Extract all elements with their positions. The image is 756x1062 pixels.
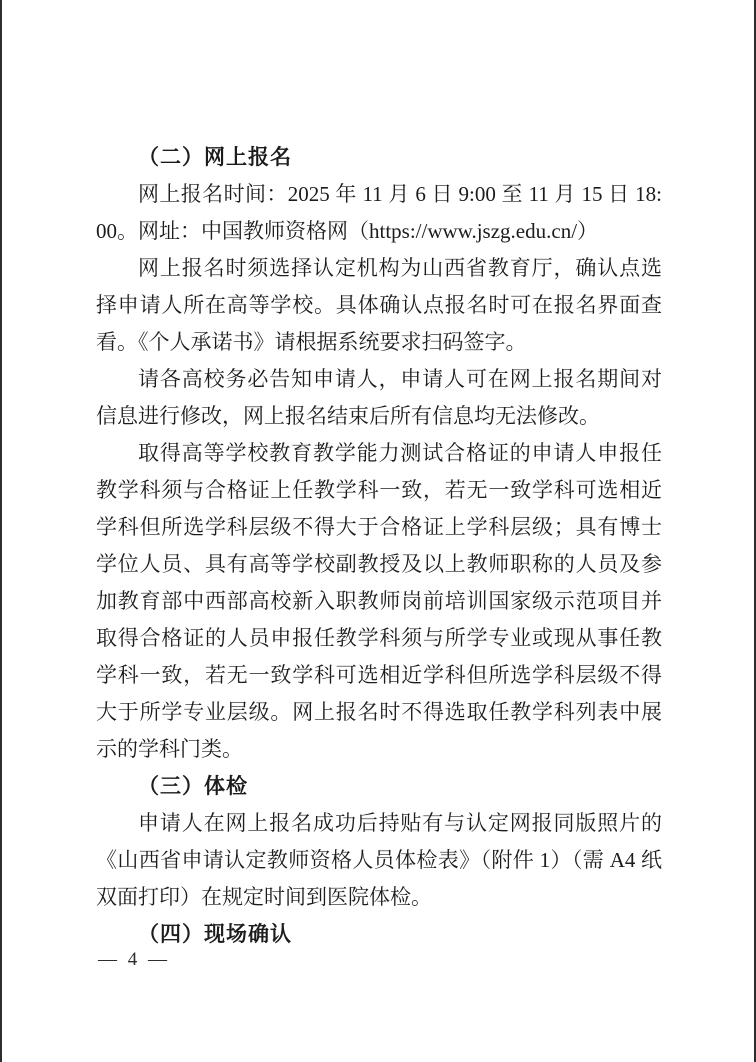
- paragraph-subject-selection-rules: 取得高等学校教育教学能力测试合格证的申请人申报任教学科须与合格证上任教学科一致，…: [96, 435, 662, 768]
- paragraph-registration-time-and-url: 网上报名时间：2025 年 11 月 6 日 9:00 至 11 月 15 日 …: [96, 176, 662, 250]
- section-heading-physical-exam: （三）体检: [96, 768, 662, 805]
- paragraph-authority-confirmation-point: 网上报名时须选择认定机构为山西省教育厅，确认点选择申请人所在高等学校。具体确认点…: [96, 250, 662, 361]
- scan-left-edge: [0, 0, 2, 1062]
- paragraph-info-modification-notice: 请各高校务必告知申请人，申请人可在网上报名期间对信息进行修改，网上报名结束后所有…: [96, 361, 662, 435]
- document-page: （二）网上报名 网上报名时间：2025 年 11 月 6 日 9:00 至 11…: [0, 0, 756, 1062]
- page-number: — 4 —: [98, 948, 170, 972]
- section-heading-online-registration: （二）网上报名: [96, 139, 662, 176]
- section-heading-onsite-confirmation: （四）现场确认: [96, 916, 662, 953]
- document-body: （二）网上报名 网上报名时间：2025 年 11 月 6 日 9:00 至 11…: [96, 139, 662, 953]
- paragraph-physical-exam-form: 申请人在网上报名成功后持贴有与认定网报同版照片的《山西省申请认定教师资格人员体检…: [96, 805, 662, 916]
